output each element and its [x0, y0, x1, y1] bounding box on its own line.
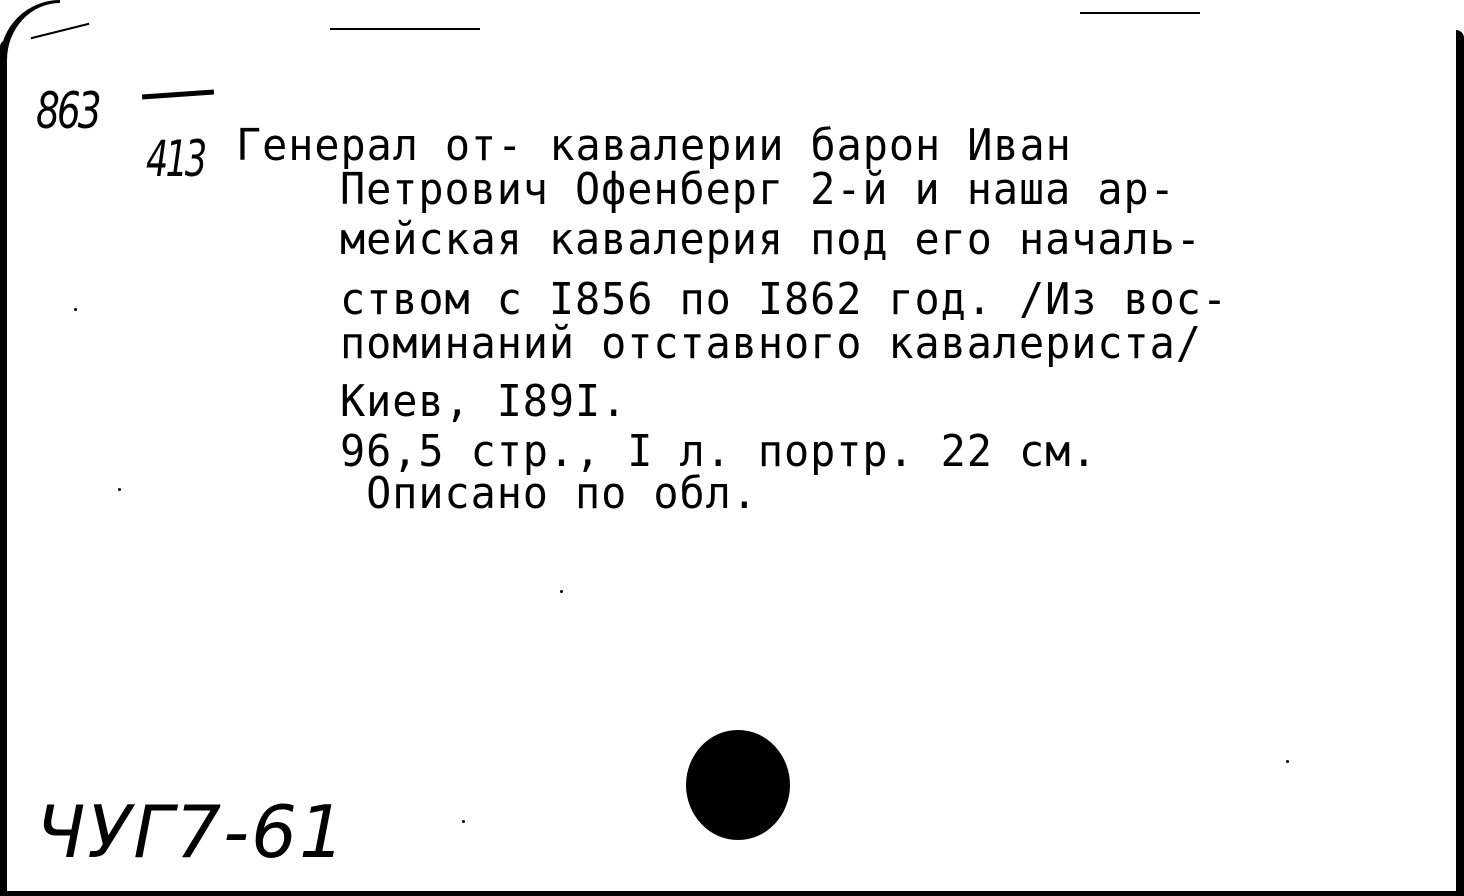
card-text-line: Петрович Офенберг 2-й и наша ар- [340, 166, 1176, 214]
call-number-top: 863 [36, 82, 99, 140]
speck [74, 308, 77, 311]
catalog-card: 863 413 Генерал от- кавалерии барон Иван… [0, 0, 1464, 896]
call-number-divider [142, 89, 214, 99]
inventory-number: ЧУГ7-61 [36, 790, 347, 874]
speck [720, 776, 723, 779]
scan-mark [330, 28, 480, 30]
card-text-line: ством с I856 по I862 год. /Из вос- [340, 276, 1228, 324]
card-text-line: Киев, I89I. [340, 378, 627, 426]
card-text-line: Описано по обл. [340, 470, 758, 518]
card-bottom-edge [0, 891, 1464, 896]
card-text-line: мейская кавалерия под его началь- [340, 216, 1202, 264]
speck [118, 488, 121, 491]
scan-mark [1080, 12, 1200, 14]
card-text-line: поминаний отставного кавалериста/ [340, 320, 1202, 368]
card-text-line: Генерал от- кавалерии барон Иван [236, 122, 1072, 170]
card-left-edge [0, 40, 7, 896]
card-top-left-corner [0, 0, 60, 60]
speck [462, 820, 465, 823]
card-right-edge [1456, 30, 1464, 896]
punch-hole [686, 730, 790, 840]
call-number-bottom: 413 [146, 130, 204, 188]
speck [1286, 760, 1289, 763]
speck [560, 590, 563, 593]
